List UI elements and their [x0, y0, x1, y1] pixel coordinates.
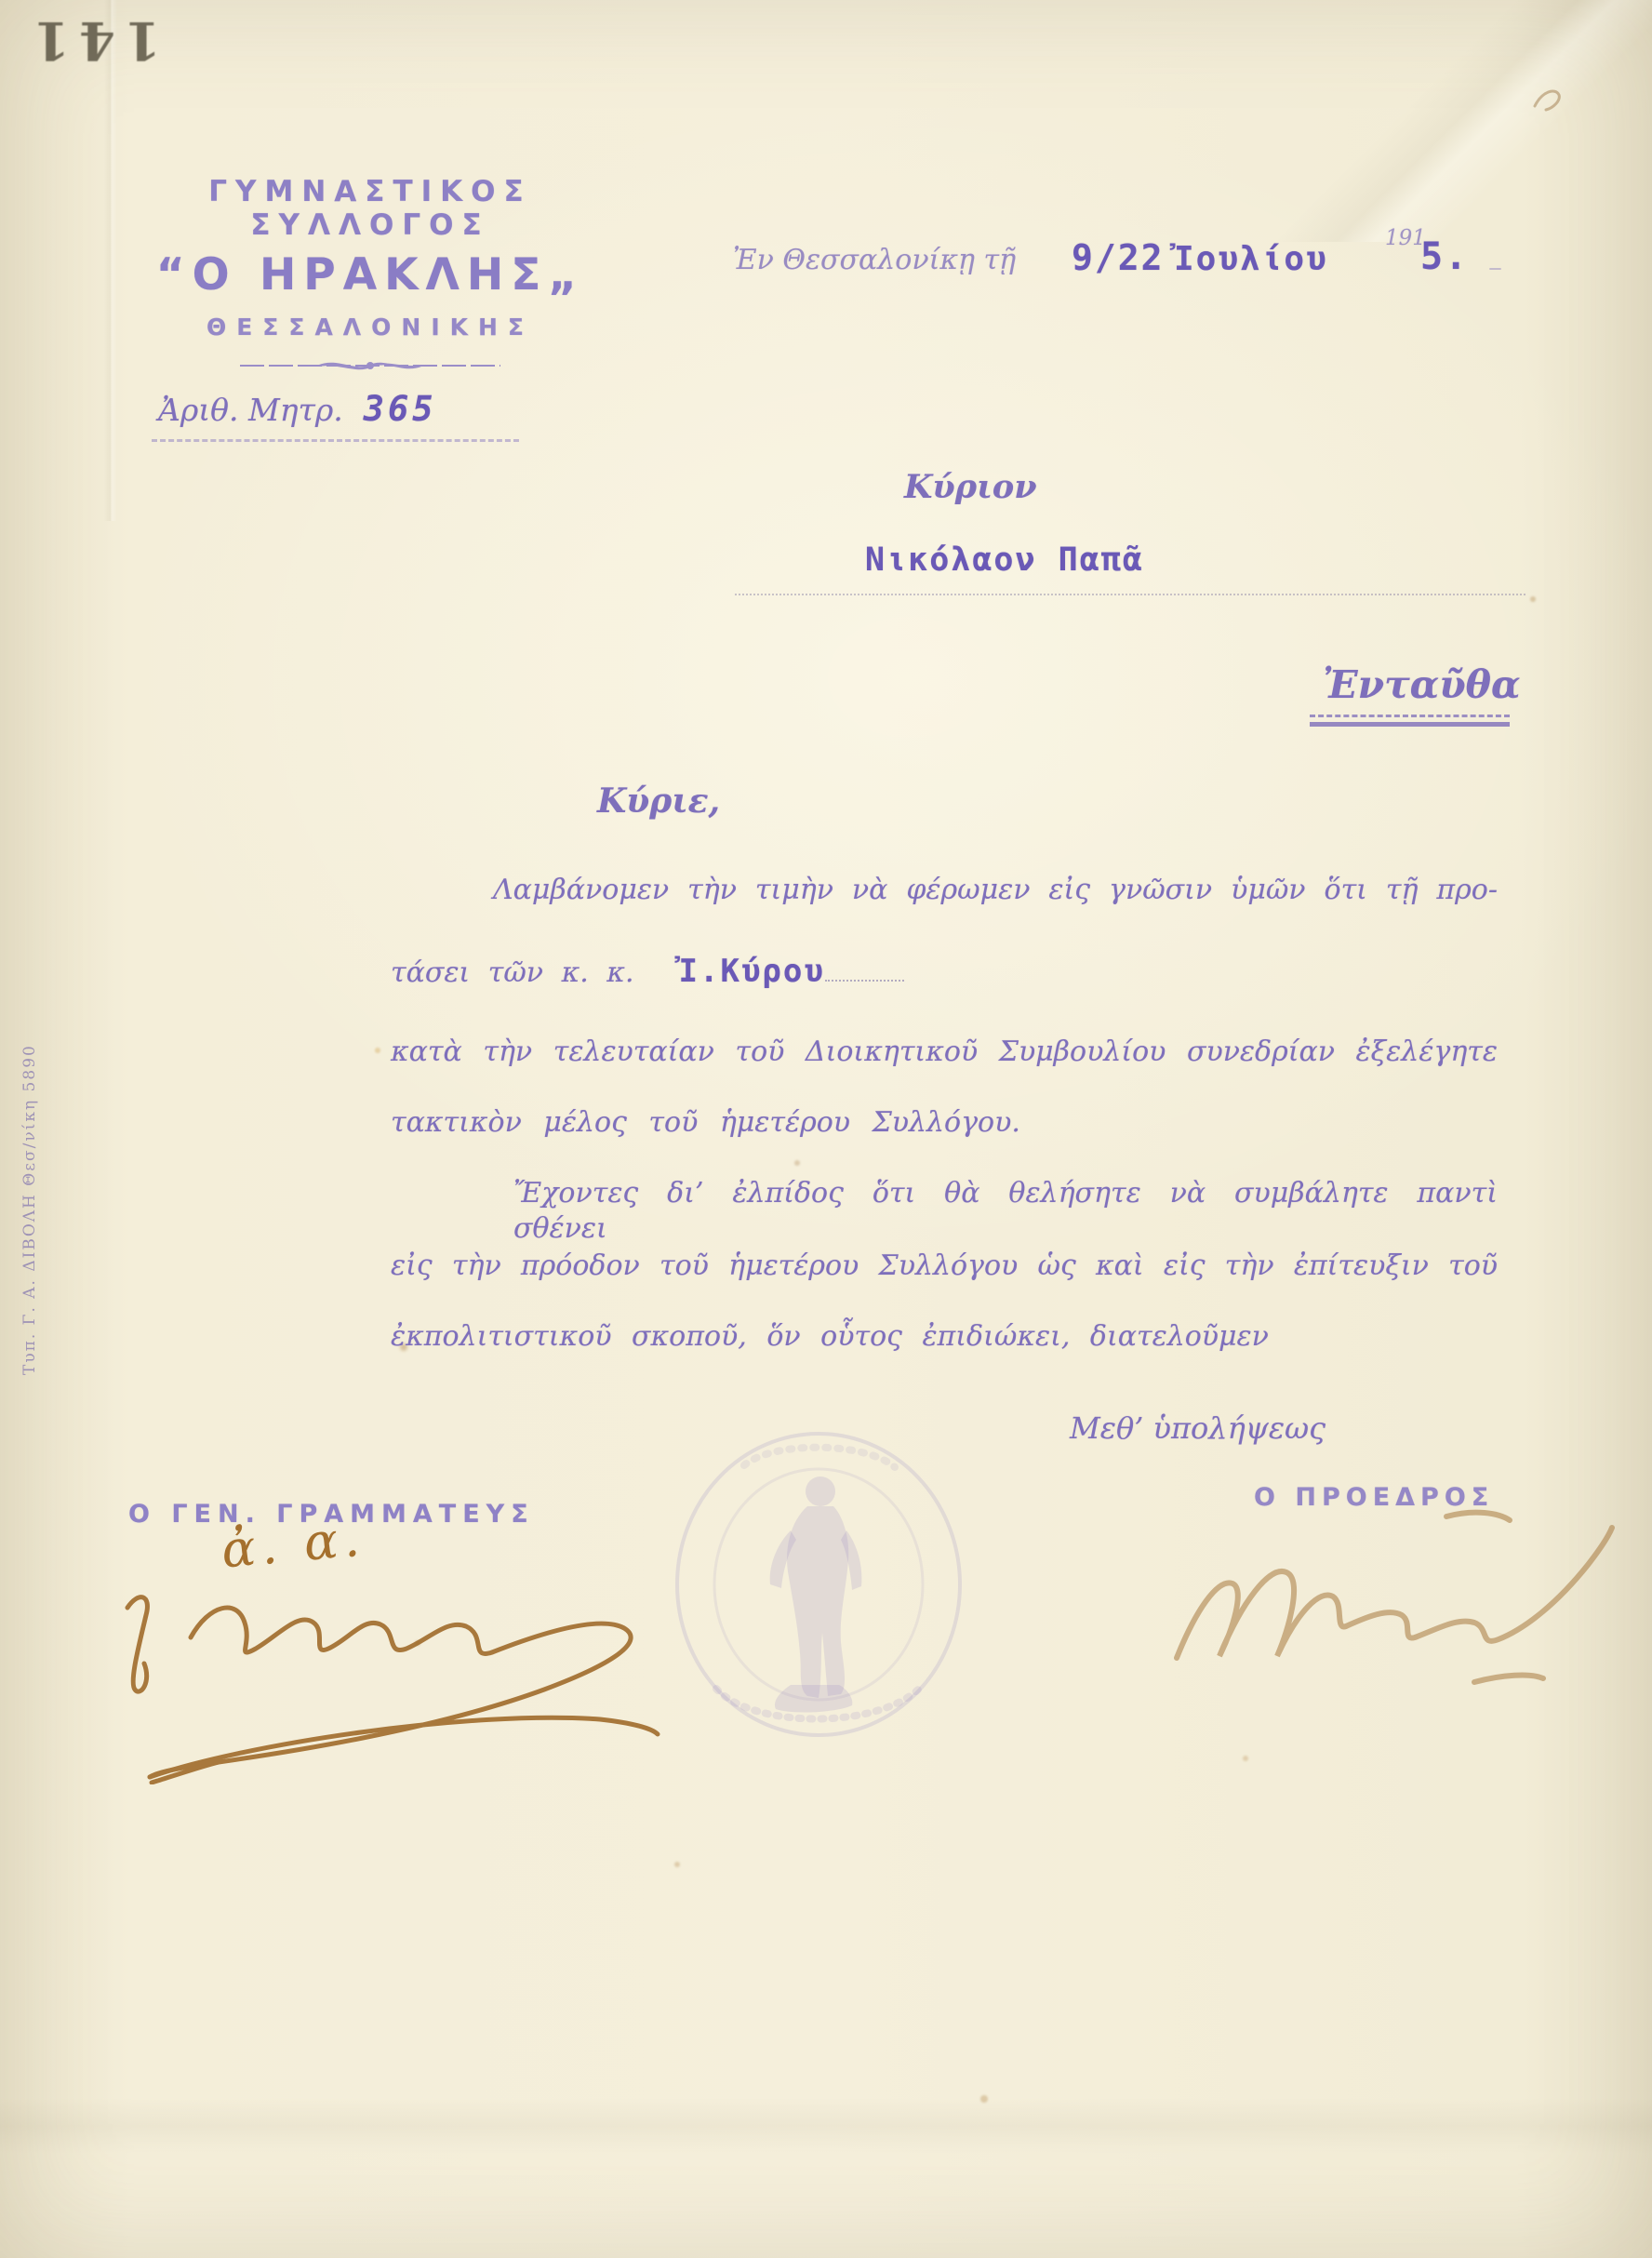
body-line-2-typed-name: Ἰ.Κύρου — [679, 953, 825, 990]
proxy-hand-note: ἀ. α. — [220, 1508, 367, 1579]
closing-phrase: Μεθ’ ὑπολήψεως — [1070, 1410, 1326, 1446]
paper-crease — [104, 0, 117, 521]
letter-page: 141 ΓΥΜΝΑΣΤΙΚΟΣ ΣΥΛΛΟΓΟΣ “Ο ΗΡΑΚΛΗΣ„ ΘΕΣ… — [0, 0, 1652, 2258]
recipient-name: Νικόλαον Παπᾶ — [865, 541, 1144, 579]
ink-mark — [1527, 82, 1565, 115]
dateline-place: Ἐν Θεσσαλονίκῃ τῇ — [733, 244, 1016, 276]
body-line-2: τάσει τῶν κ. κ.Ἰ.Κύρου — [391, 953, 904, 991]
dateline-day: 9/22 — [1072, 237, 1165, 278]
ornament-divider-icon — [231, 354, 510, 378]
president-signature — [1167, 1500, 1623, 1700]
letterhead-city: ΘΕΣΣΑΛΟΝΙΚΗΣ — [119, 314, 621, 341]
registry-label: Ἀριθ. Μητρ. — [158, 392, 343, 428]
body-line-1: Λαμβάνομεν τὴν τιμὴν νὰ φέρωμεν εἰς γνῶσ… — [493, 873, 1498, 908]
registry-underline — [152, 439, 519, 442]
dateline-month: Ἰουλίου — [1174, 240, 1328, 278]
letterhead-club-name: “Ο ΗΡΑΚΛΗΣ„ — [119, 249, 621, 301]
letterhead-organization: ΓΥΜΝΑΣΤΙΚΟΣ ΣΥΛΛΟΓΟΣ — [119, 175, 621, 242]
dateline-dash: – — [1488, 251, 1502, 284]
hercules-figure-icon — [770, 1476, 862, 1712]
body-line-6: εἰς τὴν πρόοδον τοῦ ἡμετέρου Συλλόγου ὡς… — [391, 1249, 1498, 1284]
salutation: Κύριε, — [597, 782, 720, 821]
recipient-title: Κύριον — [904, 468, 1037, 506]
registry-number-row: Ἀριθ. Μητρ.365 — [158, 389, 437, 429]
body-line-4: τακτικὸν μέλος τοῦ ἡμετέρου Συλλόγου. — [391, 1105, 1020, 1141]
printer-imprint: Τυπ. Γ. Α. ΔΙΒΟΛΗ Θεσ/νίκη 5890 — [20, 975, 39, 1375]
club-seal-stamp — [651, 1410, 986, 1756]
registry-number: 365 — [364, 389, 437, 429]
location-word: Ἐνταῦθα — [1323, 662, 1521, 707]
paper-stains — [0, 0, 4, 4]
body-line-5: Ἔχοντες δι’ ἐλπίδος ὅτι θὰ θελήσητε νὰ σ… — [513, 1176, 1498, 1246]
body-line-2-printed: τάσει τῶν κ. κ. — [391, 956, 634, 989]
paper-crease — [0, 2098, 1652, 2154]
body-line-3: κατὰ τὴν τελευταίαν τοῦ Διοικητικοῦ Συμβ… — [391, 1035, 1498, 1070]
recipient-underline — [735, 594, 1525, 595]
location-underline — [1310, 715, 1510, 727]
secretary-signature — [79, 1570, 665, 1784]
archive-page-number: 141 — [24, 9, 161, 71]
paper-crease — [1261, 0, 1652, 242]
letterhead: ΓΥΜΝΑΣΤΙΚΟΣ ΣΥΛΛΟΓΟΣ “Ο ΗΡΑΚΛΗΣ„ ΘΕΣΣΑΛΟ… — [119, 175, 621, 378]
dateline-year-typed: 5. — [1420, 235, 1469, 278]
fill-in-dots — [825, 980, 904, 982]
body-line-7: ἐκπολιτιστικοῦ σκοποῦ, ὅν οὗτος ἐπιδιώκε… — [391, 1319, 1269, 1355]
